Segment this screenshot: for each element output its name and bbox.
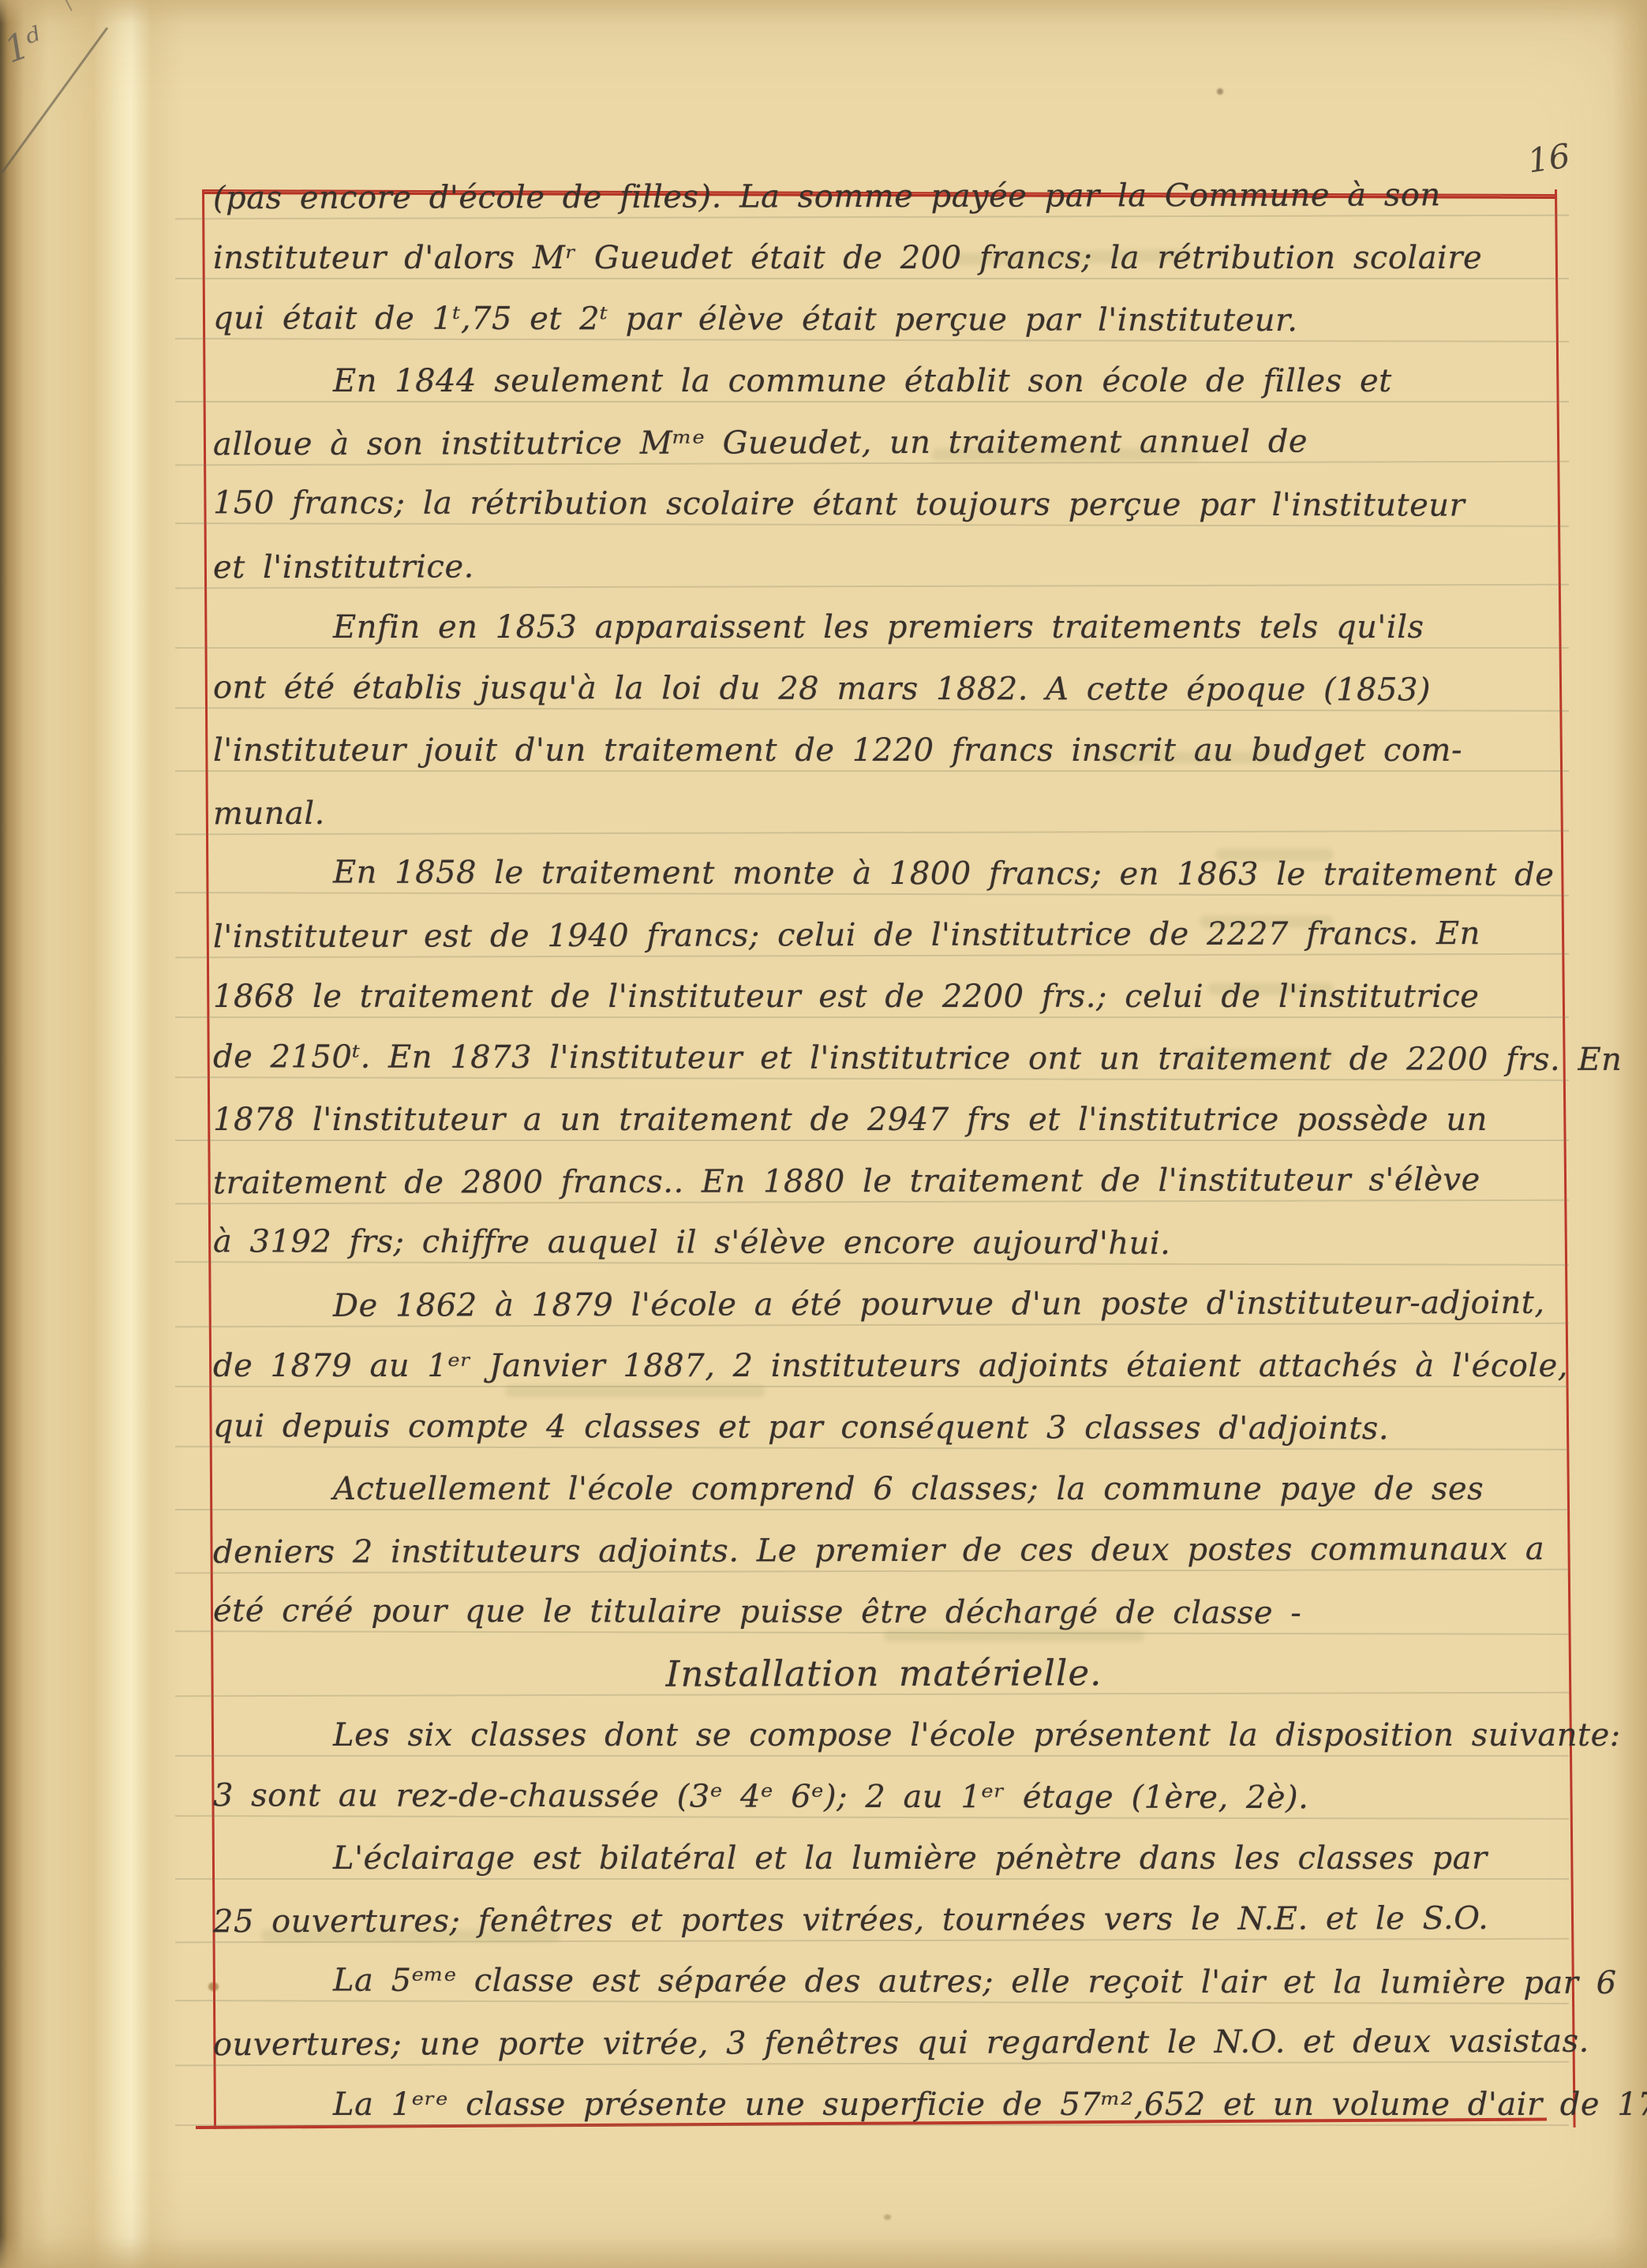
manuscript-line: deniers 2 instituteurs adjoints. Le prem… [213,1518,1555,1583]
paper-stain [1217,88,1223,95]
page-edge-shading [0,0,1647,24]
manuscript-line: 1868 le traitement de l'instituteur est … [213,966,1555,1027]
manuscript-line: Les six classes dont se compose l'école … [213,1705,1555,1766]
manuscript-line: Actuellement l'école comprend 6 classes;… [213,1458,1555,1520]
manuscript-line: l'instituteur est de 1940 francs; celui … [213,903,1555,967]
manuscript-line: l'instituteur jouit d'un traitement de 1… [213,720,1555,781]
manuscript-line: qui depuis compte 4 classes et par consé… [213,1395,1555,1460]
margin-frame-right [1555,189,1576,2128]
manuscript-line: La 1ᵉʳᵉ classe présente une superficie d… [213,2074,1555,2135]
manuscript-line: 25 ouvertures; fenêtres et portes vitrée… [213,1888,1555,1952]
manuscript-line: En 1858 le traitement monte à 1800 franc… [213,841,1555,906]
paper-stain [884,2214,891,2220]
manuscript-line: traitement de 2800 francs.. En 1880 le t… [213,1149,1555,1214]
manuscript-line: De 1862 à 1879 l'école a été pourvue d'u… [213,1272,1555,1337]
manuscript-line: instituteur d'alors Mʳ Gueudet était de … [213,227,1555,289]
page-gutter-shading [0,0,185,2268]
manuscript-line: L'éclairage est bilatéral et la lumière … [213,1828,1555,1889]
manuscript-line: munal. [213,780,1555,844]
manuscript-line: La 5ᵉᵐᵉ classe est séparée des autres; e… [213,1949,1555,2014]
manuscript-line: ouvertures; une porte vitrée, 3 fenêtres… [213,2011,1555,2075]
manuscript-line: (pas encore d'école de filles). La somme… [213,164,1555,229]
manuscript-line: et l'institutrice. [213,533,1555,598]
manuscript-line: alloue à son institutrice Mᵐᵉ Gueudet, u… [213,410,1555,475]
manuscript-line: 1878 l'instituteur a un traitement de 29… [213,1089,1555,1151]
manuscript-line: Enfin en 1853 apparaissent les premiers … [213,597,1555,658]
manuscript-line: En 1844 seulement la commune établit son… [213,350,1555,412]
section-heading: Installation matérielle. [213,1641,1555,1706]
page-edge-shading [0,2236,1647,2268]
page-edge-shading [1612,0,1647,2268]
manuscript-line: de 1879 au 1ᵉʳ Janvier 1887, 2 institute… [213,1335,1555,1397]
manuscript-line: 3 sont au rez-de-chaussée (3ᵉ 4ᵉ 6ᵉ); 2 … [213,1765,1555,1829]
manuscript-line: ont été établis jusqu'à la loi du 28 mar… [213,657,1555,721]
manuscript-line: 150 francs; la rétribution scolaire étan… [213,472,1555,537]
manuscript-line: de 2150ᵗ. En 1873 l'instituteur et l'ins… [213,1026,1555,1091]
manuscript-line: été créé pour que le titulaire puisse êt… [213,1580,1555,1645]
manuscript-line: à 3192 frs; chiffre auquel il s'élève en… [213,1211,1555,1275]
text-block: (pas encore d'école de filles). La somme… [213,166,1555,2135]
manuscript-line: qui était de 1ᵗ,75 et 2ᵗ par élève était… [213,287,1555,352]
